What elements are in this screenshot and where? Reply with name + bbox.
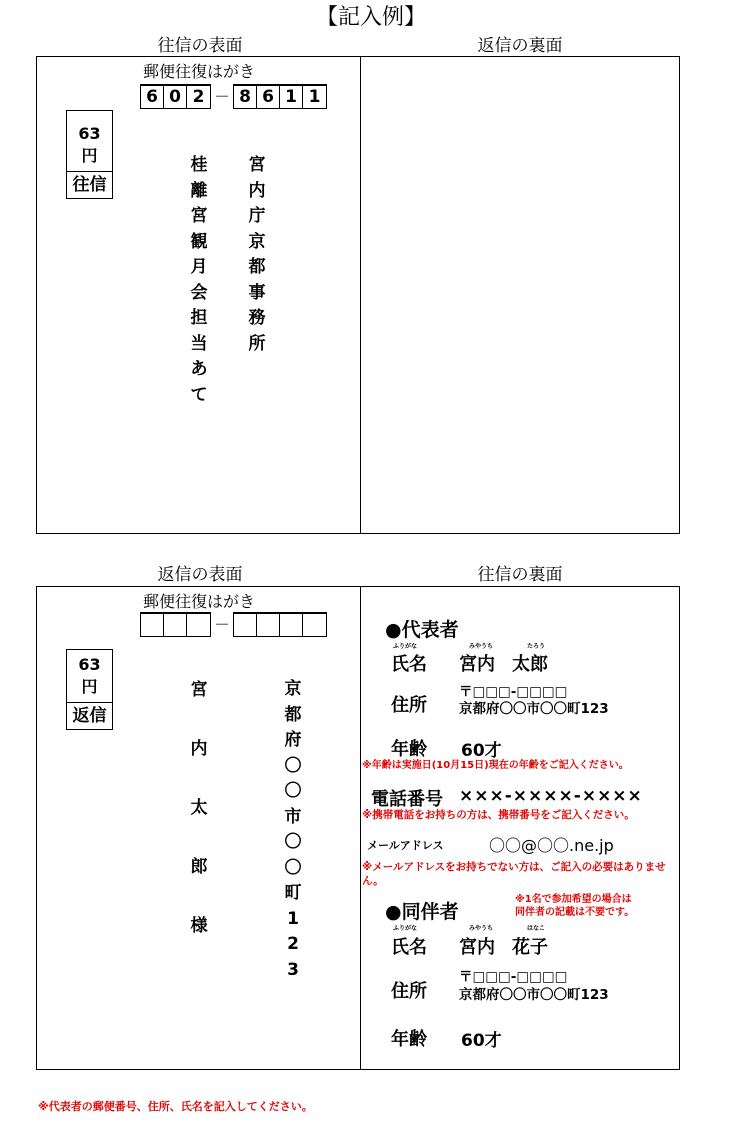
family-name: 宮内 [459,933,495,959]
zip-digit-empty [280,614,303,636]
zip-digit: 6 [141,86,164,108]
vertical-char: 宮 [249,153,266,179]
vertical-char: 観 [191,230,208,256]
stamp-type: 往信 [67,172,112,198]
zip-digit: 6 [257,86,280,108]
bottom-postcard: 郵便往復はがき － 63 円 返信 宮 内 [36,586,680,1070]
vertical-char: 担 [191,306,208,332]
furigana-given: たろう [527,641,545,650]
vertical-char: 内 [191,738,208,797]
address-line: 京都府〇〇市〇〇町123 [459,701,609,717]
family-name: 宮内 [459,650,495,676]
zip-digit-empty [234,614,257,636]
reply-back-label: 返信の裏面 [440,35,600,57]
postal-line: 〒□□□-□□□□ [459,684,567,700]
vertical-char: 〇 [285,779,302,805]
vertical-char: 太 [191,797,208,856]
zip-digit-empty [187,614,210,636]
stamp-price-value: 63 [67,654,112,676]
companion-heading: ●同伴者 [385,897,459,924]
vertical-char: 当 [191,332,208,358]
vertical-char: 町 [285,881,302,907]
address-label: 住所 [391,977,427,1003]
vertical-char: 所 [249,332,266,358]
vertical-char: 庁 [249,204,266,230]
age-label: 年齢 [391,1025,427,1051]
name-label: 氏名 [391,933,427,959]
stamp-price-unit: 円 [67,676,112,698]
address-line: 京都府〇〇市〇〇町123 [459,987,609,1003]
page-title: 【記入例】 [0,4,742,32]
reply-back [361,57,679,533]
email-note: ※メールアドレスをお持ちでない方は、ご記入の必要はありません。 [362,860,674,888]
companion-note-line1: ※1名で参加希望の場合は [515,893,634,906]
zip-digit-empty [141,614,164,636]
outgoing-front: 郵便往復はがき 6 0 2 － 8 6 1 1 63 円 往信 桂 離 [37,57,360,533]
vertical-char: 1 [287,907,299,933]
zip-dash: － [211,86,233,108]
companion-note: ※1名で参加希望の場合は 同伴者の記載は不要です。 [515,893,634,919]
reply-front: 郵便往復はがき － 63 円 返信 宮 内 [37,587,360,1069]
furigana-family: みやうち [469,641,493,650]
age-note: ※年齢は実施日(10月15日)現在の年齢をご記入ください。 [362,759,629,773]
zip-digit: 1 [303,86,326,108]
zip-dash: － [211,614,233,636]
phone-value: ×××-××××-×××× [459,786,643,806]
vertical-char: あ [191,357,208,383]
stamp-box: 63 円 返信 [66,649,113,730]
vertical-char: 京 [285,677,302,703]
name-label: 氏名 [391,650,427,676]
sender-address-column: 京 都 府 〇 〇 市 〇 〇 町 1 2 3 [281,677,305,983]
top-postcard: 郵便往復はがき 6 0 2 － 8 6 1 1 63 円 往信 桂 離 [36,56,680,534]
zip-digit: 0 [164,86,187,108]
stamp-price-value: 63 [67,123,112,145]
age-value: 60才 [461,736,502,761]
outgoing-front-label: 往信の表面 [120,35,280,57]
vertical-char: 府 [285,728,302,754]
vertical-char: 京 [249,230,266,256]
stamp-price: 63 円 [67,111,112,172]
vertical-char: 都 [285,703,302,729]
outgoing-back: ●代表者 ふりがな みやうち たろう 氏名 宮内 太郎 住所 〒□□□-□□□□… [361,587,679,1069]
zip-digit-empty [257,614,280,636]
zip-code: － [140,612,327,637]
zip-digit: 8 [234,86,257,108]
sender-name-column: 宮 内 太 郎 様 [187,679,211,974]
zip-second-group [233,612,327,637]
zip-digit: 1 [280,86,303,108]
vertical-char: 離 [191,179,208,205]
zip-first-group [140,612,211,637]
postal-line: 〒□□□-□□□□ [459,969,567,985]
reply-front-label: 返信の表面 [120,564,280,586]
vertical-char: 2 [287,932,299,958]
vertical-char: 郎 [191,856,208,915]
vertical-char: 宮 [191,679,208,738]
zip-code: 6 0 2 － 8 6 1 1 [140,84,327,109]
stamp-price-unit: 円 [67,145,112,167]
phone-note: ※携帯電話をお持ちの方は、携帯番号をご記入ください。 [362,808,635,822]
zip-digit-empty [164,614,187,636]
vertical-char: 様 [191,915,208,974]
zip-second-group: 8 6 1 1 [233,84,327,109]
vertical-char: 3 [287,958,299,984]
vertical-char: 市 [285,805,302,831]
outgoing-back-label: 往信の裏面 [440,564,600,586]
given-name: 太郎 [512,650,548,676]
zip-digit-empty [303,614,326,636]
recipient-column: 桂 離 宮 観 月 会 担 当 あ て [187,153,211,408]
vertical-char: 務 [249,306,266,332]
vertical-char: 会 [191,281,208,307]
vertical-char: 〇 [285,856,302,882]
furigana-label: ふりがな [393,923,417,932]
stamp-type: 返信 [67,703,112,729]
postcard-label: 郵便往復はがき [143,593,255,611]
vertical-char: 月 [191,255,208,281]
stamp-price: 63 円 [67,650,112,703]
vertical-char: 都 [249,255,266,281]
email-value: 〇〇@〇〇.ne.jp [489,833,614,856]
address-label: 住所 [391,691,427,717]
vertical-char: 〇 [285,754,302,780]
given-name: 花子 [512,933,548,959]
zip-first-group: 6 0 2 [140,84,211,109]
vertical-char: 桂 [191,153,208,179]
postcard-label: 郵便往復はがき [143,63,255,81]
zip-digit: 2 [187,86,210,108]
furigana-label: ふりがな [393,641,417,650]
vertical-char: 〇 [285,830,302,856]
stamp-box: 63 円 往信 [66,110,113,199]
age-label: 年齢 [391,735,427,761]
recipient-address-column: 宮 内 庁 京 都 事 務 所 [245,153,269,357]
age-value: 60才 [461,1026,502,1051]
email-label: メールアドレス [367,837,443,853]
companion-note-line2: 同伴者の記載は不要です。 [515,906,634,919]
vertical-char: 事 [249,281,266,307]
vertical-char: て [191,383,208,409]
vertical-char: 内 [249,179,266,205]
representative-heading: ●代表者 [385,615,459,642]
footer-note: ※代表者の郵便番号、住所、氏名を記入してください。 [38,1098,313,1114]
furigana-family: みやうち [469,923,493,932]
furigana-given: はなこ [527,923,545,932]
vertical-char: 宮 [191,204,208,230]
